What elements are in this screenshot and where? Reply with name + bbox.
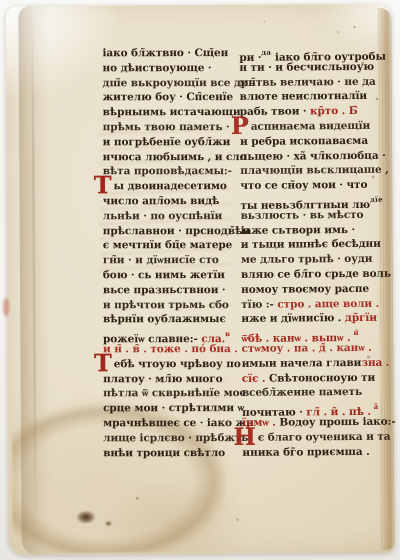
text-run: дш̃е вькроующїи все дрь (103, 77, 256, 89)
rubric-drop-cap: Т (94, 179, 112, 191)
text-line: Тебѣ чтоую чрѣвоу по (103, 357, 240, 372)
text-run: что се сн̃оу мои · что (240, 179, 367, 192)
text-run: є благо оученика и та (258, 430, 391, 443)
text-line: іаже сьтвори имь · (241, 222, 383, 238)
text-line: є мечтнїи бц̃е матере (103, 238, 240, 253)
text-line: нчюса любыимь , и сло (103, 150, 240, 165)
text-run: ы двоинадесетимо (113, 180, 226, 192)
text-run: лище ісрлєво · прѣбжть (103, 432, 248, 444)
rubric-text-run: а̃ (371, 402, 379, 411)
text-line: внѣи троици свѣтло (103, 446, 240, 461)
text-run: іаже сьтвори имь · (241, 224, 355, 237)
rubric-text-run: Б̃ (345, 105, 358, 117)
manuscript-page: іако бл̃жтвно · Сщ̃енно дѣиствоующе ·дш̃… (5, 4, 394, 555)
text-line: сїє . Свѣтоносноую ти (242, 370, 384, 386)
text-run: аспинаєма видещїи (251, 120, 370, 133)
text-run: платоу · мл̃ю много (103, 373, 223, 385)
text-run: бою · сь нимь жетїи (103, 269, 225, 281)
text-line: всебл̃жеине паметь (242, 385, 384, 401)
rubric-drop-cap: Т (94, 357, 112, 369)
text-line: и погрѣбенїе оубл̃жи (103, 135, 240, 150)
rubric-text-run: кр̃то . (306, 105, 345, 117)
text-run: вѣта проповѣдаємы:- (103, 165, 232, 177)
text-run: іако бл̃жтвно · Сщ̃ен (102, 47, 228, 59)
text-run: и прѣчтои трьмь сбо (103, 299, 229, 311)
text-column-left: іако бл̃жтвно · Сщ̃енно дѣиствоующе ·дш̃… (102, 46, 240, 461)
text-line: и тьщи ишнѣє бесѣдни (241, 237, 383, 253)
text-run: имыи начела глави (242, 357, 362, 370)
text-line: Нє благо оученика и та (242, 429, 384, 445)
text-line: вьсе празньствнои · (103, 283, 240, 298)
text-line: льщею · ха̃ чл̃колюбца · (240, 148, 382, 164)
small-blot (104, 521, 112, 527)
text-run: гн̃и · и дїѡнисїе сто (103, 254, 219, 266)
text-run: плачющїи вьсклицаше , (240, 164, 389, 177)
text-line: иника бг̃о приємша . (242, 444, 384, 460)
text-line: и ребра ископаваєма (240, 134, 382, 150)
rubric-text-run: н̃ (350, 328, 358, 337)
text-run: жителю боу · Сп̃сенїе (103, 91, 234, 103)
text-line: и н̃ . в̃ . тоже . по́ бна . (103, 342, 240, 357)
rubric-drop-cap: Р (231, 120, 249, 132)
rubric-text-run: в (225, 329, 230, 338)
text-line: бою · сь нимь жетїи (103, 268, 240, 283)
text-run: вѣрныимь истачающи (103, 106, 241, 118)
text-run: и ребра ископаваєма (240, 135, 368, 148)
text-run: число апл̃омь видѣ (103, 195, 220, 207)
text-line: но дѣиствоующе · (103, 61, 240, 76)
text-run: Водоу прошь іако:- (276, 416, 396, 429)
text-line: почитаю · гл̃ . и̃ . пѣ . а̃ (242, 400, 384, 416)
red-edge-smudge (3, 298, 9, 316)
text-line: что се сн̃оу мои · что (240, 178, 382, 194)
rubric-text-run: стро . аще воли . (274, 297, 379, 310)
text-run: и погрѣбенїе оубл̃жи (103, 136, 231, 148)
text-run: прѣславнои · прснодв̃ѣи (103, 225, 250, 237)
text-run: є мечтнїи бц̃е матере (103, 239, 232, 251)
text-run: внѣи троици свѣтло (103, 447, 225, 459)
text-line: вѣрнїи оублажимыє (103, 312, 240, 327)
text-run: номоу твоємоу распе (241, 283, 369, 296)
text-line: и прѣчтои трьмь сбо (103, 298, 240, 313)
text-run: Свѣтоносноую ти (265, 371, 375, 384)
rubric-drop-cap: Н (233, 430, 256, 442)
text-run: вляю се бл̃го срьде воль (241, 268, 391, 281)
text-line: рабь твои · кр̃то . Б̃ (240, 104, 382, 120)
text-line: прѣмь твою паметь · (103, 120, 240, 135)
text-run: нчюса любыимь , и сло (103, 151, 247, 163)
text-line: платоу · мл̃ю много (103, 372, 240, 387)
text-line: влюте неислютналїи (240, 89, 382, 105)
rubric-text-run: стѡмоу . па . д̃ . канѡ . (242, 342, 372, 355)
text-line: тїю :- стро . аще воли . (241, 296, 383, 312)
text-line: имыи начела главизна . (242, 355, 384, 371)
text-line: номоу твоємоу распе (241, 282, 383, 298)
text-run: всебл̃жеине паметь (242, 386, 362, 399)
text-run: влюте неислютналїи (240, 90, 367, 103)
text-run: иника бг̃о приємша . (242, 445, 369, 458)
text-run: ебѣ чтоую чрѣвоу по (114, 358, 241, 370)
text-run: и тьщи ишнѣє бесѣдни (241, 238, 381, 251)
text-line: вляю се бл̃го срьде воль (241, 267, 383, 283)
text-run: н ти · и бесчисльноую (239, 61, 374, 74)
text-run: иже и дїѡнисїю . (241, 312, 341, 325)
text-run: вьзлюсть · вь мѣсто (240, 209, 363, 222)
text-line: льнѣи · по оуспѣнїи (103, 209, 240, 224)
text-run: льщею · ха̃ чл̃колюбца · (240, 149, 386, 162)
text-line: ме дльго трьпѣ · оуди (241, 252, 383, 268)
text-line: мл̃твь величаю · не да (239, 74, 381, 90)
text-run: да (261, 48, 271, 57)
text-line: ты невьзблгтныи людїе (240, 193, 382, 209)
text-line: рожеїѡ славне:- сла.в (103, 327, 240, 342)
rubric-text-run: сїє . (242, 372, 266, 384)
text-run: но дѣиствоующе · (103, 62, 212, 74)
text-run: прѣмь твою паметь · (103, 121, 230, 133)
rubric-text-run: др̃гїи (341, 312, 377, 324)
text-line: вѣта проповѣдаємы:- (103, 164, 240, 179)
text-run: рабь твои · (240, 106, 307, 119)
text-run: вѣрнїи оублажимыє (103, 313, 226, 325)
text-line: Распинаєма видещїи (240, 119, 382, 135)
text-run: мл̃твь величаю · не да (239, 75, 375, 88)
rubric-text-run: и н̃ . в̃ . тоже . по́ бна . (103, 343, 238, 355)
text-line: лище ісрлєво · прѣбжть (103, 431, 240, 446)
text-line: срце мои · стрѣтилми ѡ (103, 401, 240, 416)
text-run: льнѣи · по оуспѣнїи (103, 210, 222, 222)
text-line: жителю боу · Сп̃сенїе (103, 90, 240, 105)
text-line: дш̃е вькроующїи все дрь (103, 76, 240, 91)
text-run: пѣтла ѿ скврьнѣнїе моє (103, 387, 246, 399)
text-run: мрачнѣвшеє се · іако жи (103, 417, 254, 429)
photo-background: іако бл̃жтвно · Сщ̃енно дѣиствоующе ·дш̃… (0, 0, 400, 560)
foxing-specks (353, 26, 355, 28)
text-line: плачющїи вьсклицаше , (240, 163, 382, 179)
text-run: дїе (370, 195, 383, 204)
text-line: мрачнѣвшеє се · іако жи (103, 416, 240, 431)
rubric-text-run: зна . (361, 356, 389, 368)
text-line: пѣтла ѿ скврьнѣнїе моє (103, 386, 240, 401)
text-line: вѣрныимь истачающи (103, 105, 240, 120)
text-line: число апл̃омь видѣ (103, 194, 240, 209)
text-run: ме дльго трьпѣ · оуди (241, 253, 373, 266)
text-line: ри ·да іако бл̃го оутробы (239, 45, 381, 61)
text-run: тїю :- (241, 298, 274, 310)
text-line: іако бл̃жтвно · Сщ̃ен (102, 46, 239, 61)
text-line: н ти · и бесчисльноую (239, 60, 381, 76)
text-run: вьсе празньствнои · (103, 284, 226, 296)
text-line: иже и дїѡнисїю . др̃гїи (241, 311, 383, 327)
text-column-right: ри ·да іако бл̃го оутробын ти · и бесчис… (239, 45, 384, 460)
text-line: їрмѡ . Водоу прошь іако:- (242, 415, 384, 431)
text-line: Ты двоинадесетимо (103, 179, 240, 194)
text-line: вьзлюсть · вь мѣсто (240, 208, 382, 224)
text-line: гн̃и · и дїѡнисїе сто (103, 253, 240, 268)
text-line: стѡмоу . па . д̃ . канѡ . (242, 341, 384, 357)
text-line: прѣславнои · прснодв̃ѣи (103, 224, 240, 239)
text-line: ѿбѣ . канѡ . вьшѡ . н̃ (241, 326, 383, 342)
text-run: срце мои · стрѣтилми ѡ (103, 402, 244, 414)
